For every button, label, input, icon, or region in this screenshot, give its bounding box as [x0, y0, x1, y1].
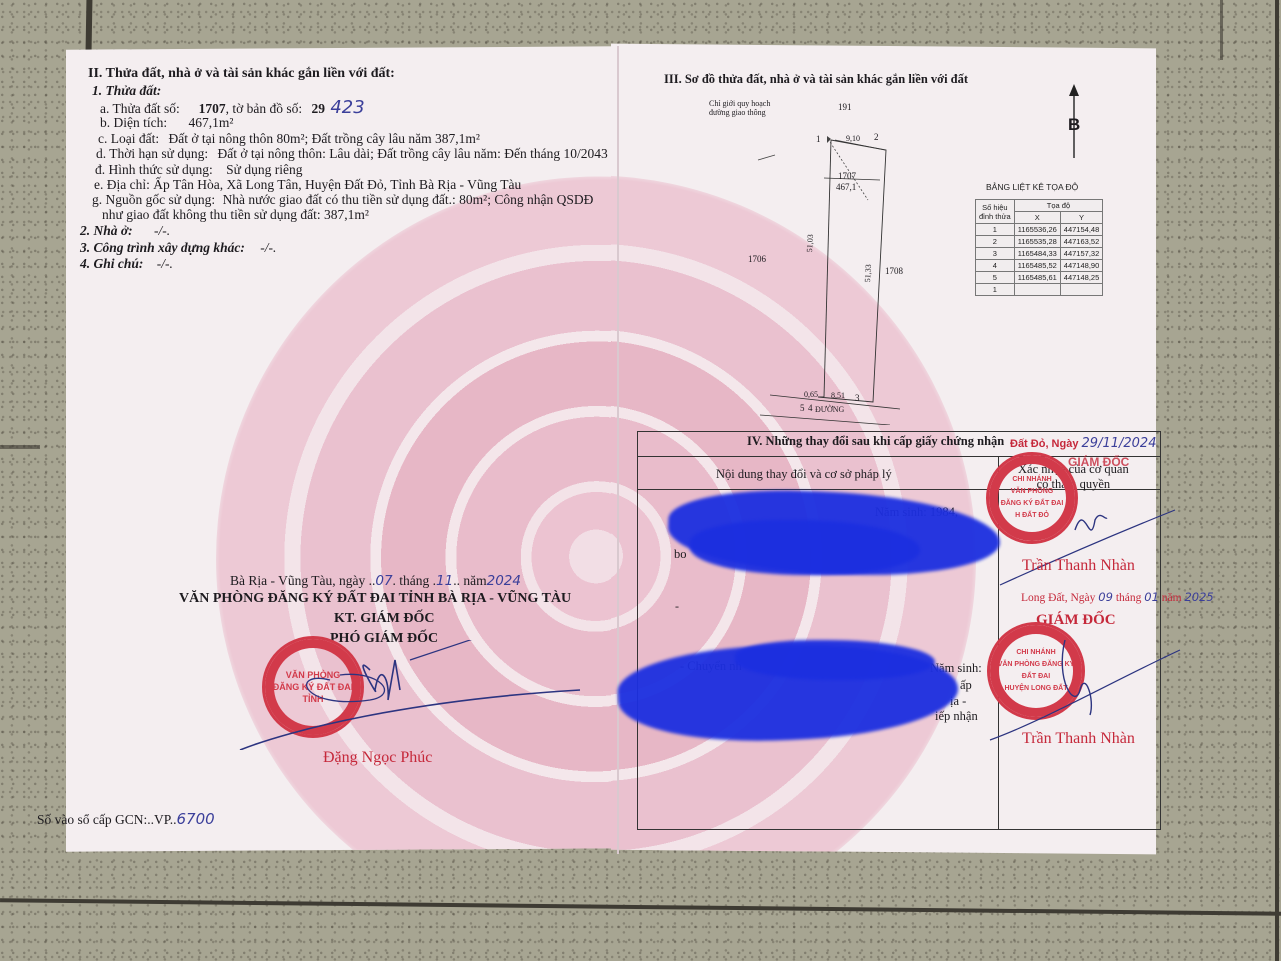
- entry2-dash: -: [675, 600, 679, 612]
- floor-grout-line: [0, 445, 40, 449]
- vertex-3-label: 3: [855, 394, 860, 403]
- issue-date-prefix: Bà Rịa - Vũng Tàu, ngày: [230, 573, 365, 588]
- entry1-fragment: bo: [674, 548, 687, 561]
- address-row: e. Địa chỉ: Ấp Tân Hòa, Xã Long Tân, Huy…: [94, 178, 521, 192]
- term-row: d. Thời hạn sử dụng: Đất ở tại nông thôn…: [96, 147, 608, 161]
- issue-month: .11..: [433, 573, 460, 588]
- coords-header: Tọa độ: [1014, 200, 1103, 212]
- other-construction-value: -/-.: [260, 240, 276, 255]
- other-construction-row: 3. Công trình xây dựng khác: -/-.: [80, 241, 276, 255]
- house-label: 2. Nhà ở:: [80, 223, 133, 238]
- origin-value: Nhà nước giao đất có thu tiền sử dụng đấ…: [223, 192, 594, 207]
- signer-name: Đặng Ngọc Phúc: [323, 750, 432, 766]
- issue-year-label: năm: [463, 573, 486, 588]
- edge-left-length: 51,03: [806, 234, 815, 252]
- vertex-1-label: 1: [816, 135, 821, 144]
- entry2-line4-end: iếp nhận: [935, 710, 978, 723]
- other-construction-label: 3. Công trình xây dựng khác:: [80, 240, 245, 255]
- section-iii-title: III. Sơ đồ thửa đất, nhà ở và tài sản kh…: [664, 73, 968, 86]
- entry2-stamp-date: Long Đất, Ngày 09 tháng 01 năm 2025: [1021, 592, 1214, 605]
- floor-grout-line: [86, 0, 93, 50]
- notes-row: 4. Ghi chú: -/-.: [80, 257, 173, 271]
- issue-year: 2024: [487, 573, 521, 589]
- section-ii-title: II. Thửa đất, nhà ở và tài sản khác gắn …: [88, 67, 395, 81]
- land-type-label: c. Loại đất:: [98, 131, 159, 146]
- north-label: B: [1068, 116, 1080, 133]
- parcel-number-diagram: 1707: [838, 172, 856, 181]
- redaction-mark: [735, 640, 935, 680]
- floor-grout-line: [1220, 0, 1223, 60]
- table-row: 21165535,28447163,52: [976, 236, 1103, 248]
- parcel-diagram: [700, 95, 960, 425]
- section-iv-title: IV. Những thay đổi sau khi cấp giấy chứn…: [747, 435, 1004, 448]
- parcel-number-value: 1707: [199, 101, 226, 116]
- vertex-header: Số hiệuđỉnh thửa: [976, 200, 1015, 224]
- address-label: e. Địa chỉ:: [94, 177, 150, 192]
- origin-row: g. Nguồn gốc sử dụng: Nhà nước giao đất …: [92, 193, 593, 207]
- vertex-5-label: 5: [800, 404, 805, 413]
- land-type-value: Đất ở tại nông thôn 80m²; Đất trồng cây …: [168, 131, 479, 146]
- register-number-value: 6700: [177, 810, 215, 828]
- area-label: b. Diện tích:: [100, 115, 167, 130]
- register-number: Số vào sổ cấp GCN:..VP..6700: [37, 812, 215, 827]
- entry2-line2-end: ấp: [960, 679, 972, 692]
- x-header: X: [1014, 212, 1060, 224]
- parcel-number-label: a. Thửa đất số:: [100, 101, 180, 116]
- notes-value: -/-.: [157, 256, 173, 271]
- entry1-stamp-title: GIÁM ĐỐC: [1068, 456, 1129, 468]
- entry1-stamp-date: Đất Đỏ, Ngày 29/11/2024: [1010, 437, 1156, 450]
- table-row: 31165484,33447157,32: [976, 248, 1103, 260]
- entry1-handwritten-date: 29/11/2024: [1082, 436, 1157, 451]
- edge-right-length: 51,33: [864, 264, 873, 282]
- table-row: 11165536,26447154,48: [976, 224, 1103, 236]
- issue-day: ..07.: [369, 573, 396, 588]
- edge-bottom-b: 8,51: [831, 392, 845, 400]
- vertex-2-label: 2: [874, 133, 879, 142]
- term-label: d. Thời hạn sử dụng:: [96, 146, 208, 161]
- issue-date-line: Bà Rịa - Vũng Tàu, ngày ..07. tháng .11.…: [230, 574, 521, 589]
- neighbor-parcel-right: 1708: [885, 267, 903, 276]
- area-row: b. Diện tích: 467,1m²: [100, 116, 233, 130]
- register-number-label: Số vào sổ cấp GCN:..VP..: [37, 812, 177, 827]
- land-type-row: c. Loại đất: Đất ở tại nông thôn 80m²; Đ…: [98, 132, 480, 146]
- table-row: 1: [976, 284, 1103, 296]
- coordinate-table: Số hiệuđỉnh thửa Tọa độ X Y 11165536,264…: [975, 199, 1103, 296]
- origin-label: g. Nguồn gốc sử dụng:: [92, 192, 215, 207]
- changes-content-header: Nội dung thay đổi và cơ sở pháp lý: [716, 468, 892, 481]
- term-value: Đất ở tại nông thôn: Lâu dài; Đất trồng …: [217, 146, 607, 161]
- house-row: 2. Nhà ở: -/-.: [80, 224, 170, 238]
- signature-left: [230, 640, 590, 750]
- map-sheet-value: 29: [311, 101, 325, 116]
- entry1-signer-name: Trần Thanh Nhàn: [1022, 558, 1135, 574]
- house-value: -/-.: [154, 223, 170, 238]
- road-label: ĐƯỜNG: [815, 406, 844, 414]
- address-value: Ấp Tân Hòa, Xã Long Tân, Huyện Đất Đỏ, T…: [153, 177, 521, 192]
- planning-boundary-annotation: Chỉ giới quy hoạch đường giao thông: [709, 99, 770, 117]
- table-row: 51165485,61447148,25: [976, 272, 1103, 284]
- coordinate-table-title: BẢNG LIỆT KÊ TỌA ĐỘ: [986, 182, 1078, 192]
- edge-top-length: 9,10: [846, 135, 860, 143]
- neighbor-parcel-left: 1706: [748, 255, 766, 264]
- kt-title: KT. GIÁM ĐỐC: [334, 612, 434, 626]
- y-header: Y: [1060, 212, 1102, 224]
- usage-form-label: đ. Hình thức sử dụng:: [95, 162, 213, 177]
- map-sheet-label: , tờ bản đồ số:: [226, 101, 303, 116]
- notes-label: 4. Ghi chú:: [80, 256, 143, 271]
- floor-grout-line: [1275, 0, 1279, 961]
- parcel-heading: 1. Thửa đất:: [92, 84, 161, 98]
- origin-continuation: như giao đất không thu tiền sử dụng đất:…: [102, 208, 369, 222]
- neighbor-parcel-top: 191: [838, 103, 852, 112]
- entry2-signer-name: Trần Thanh Nhàn: [1022, 731, 1135, 747]
- area-value: 467,1m²: [189, 115, 234, 130]
- edge-bottom-a: 0,65: [804, 391, 818, 399]
- usage-form-value: Sử dụng riêng: [226, 162, 302, 177]
- floor-grout-line: [0, 898, 1281, 915]
- issue-month-label: tháng: [399, 573, 429, 588]
- issuer-name: VĂN PHÒNG ĐĂNG KÝ ĐẤT ĐAI TỈNH BÀ RỊA - …: [179, 592, 571, 606]
- table-row: 41165485,52447148,90: [976, 260, 1103, 272]
- usage-form-row: đ. Hình thức sử dụng: Sử dụng riêng: [95, 163, 302, 177]
- vertex-4-label: 4: [808, 404, 813, 413]
- center-fold: [617, 46, 619, 854]
- handwritten-map-sheet: 423: [330, 97, 364, 118]
- parcel-area-diagram: 467,1: [836, 183, 856, 192]
- signature-entry1: [995, 490, 1180, 590]
